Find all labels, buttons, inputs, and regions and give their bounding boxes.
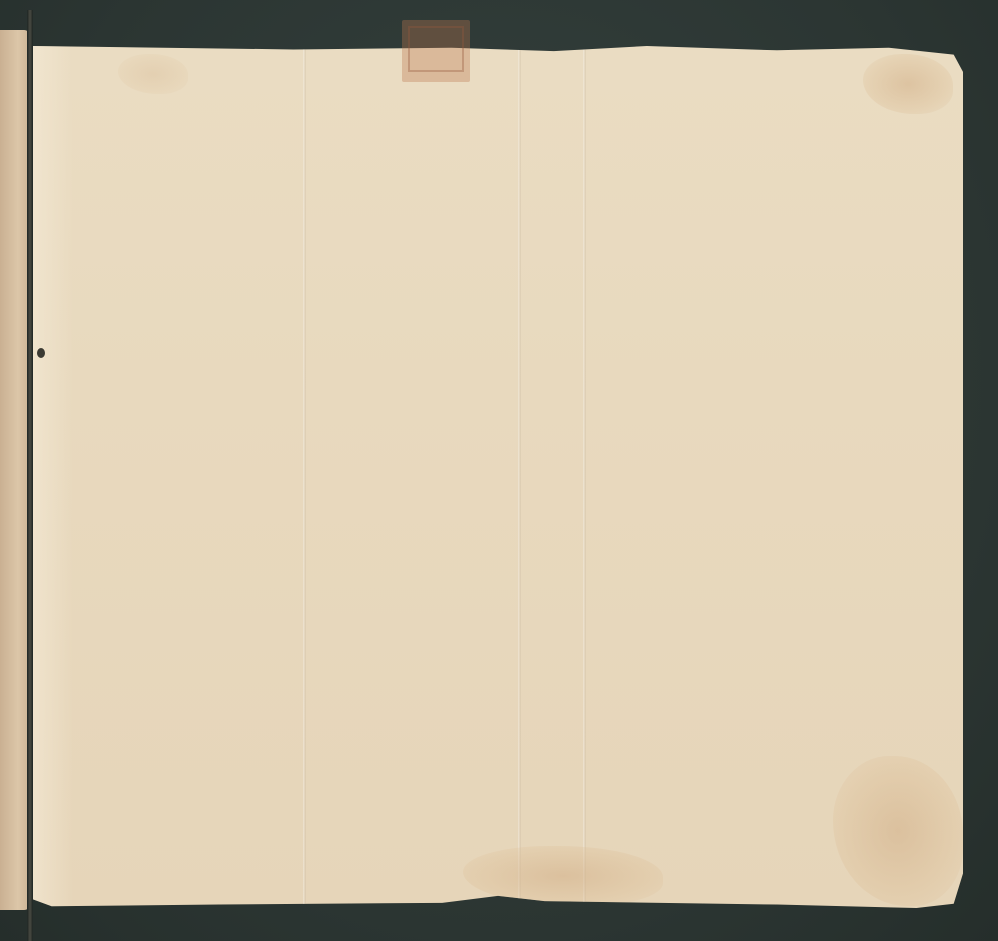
library-stamp [402, 20, 470, 82]
water-stain [118, 54, 188, 94]
previous-page-edge [0, 30, 30, 910]
fold-line [518, 46, 521, 908]
water-stain [833, 756, 963, 906]
water-stain [863, 54, 953, 114]
page-hole [37, 348, 45, 358]
blank-page [33, 46, 963, 908]
book-binding [27, 10, 33, 941]
fold-line [303, 46, 306, 908]
stamp-border [408, 26, 464, 72]
page-edge-highlight [33, 46, 73, 908]
fold-line [583, 46, 586, 908]
